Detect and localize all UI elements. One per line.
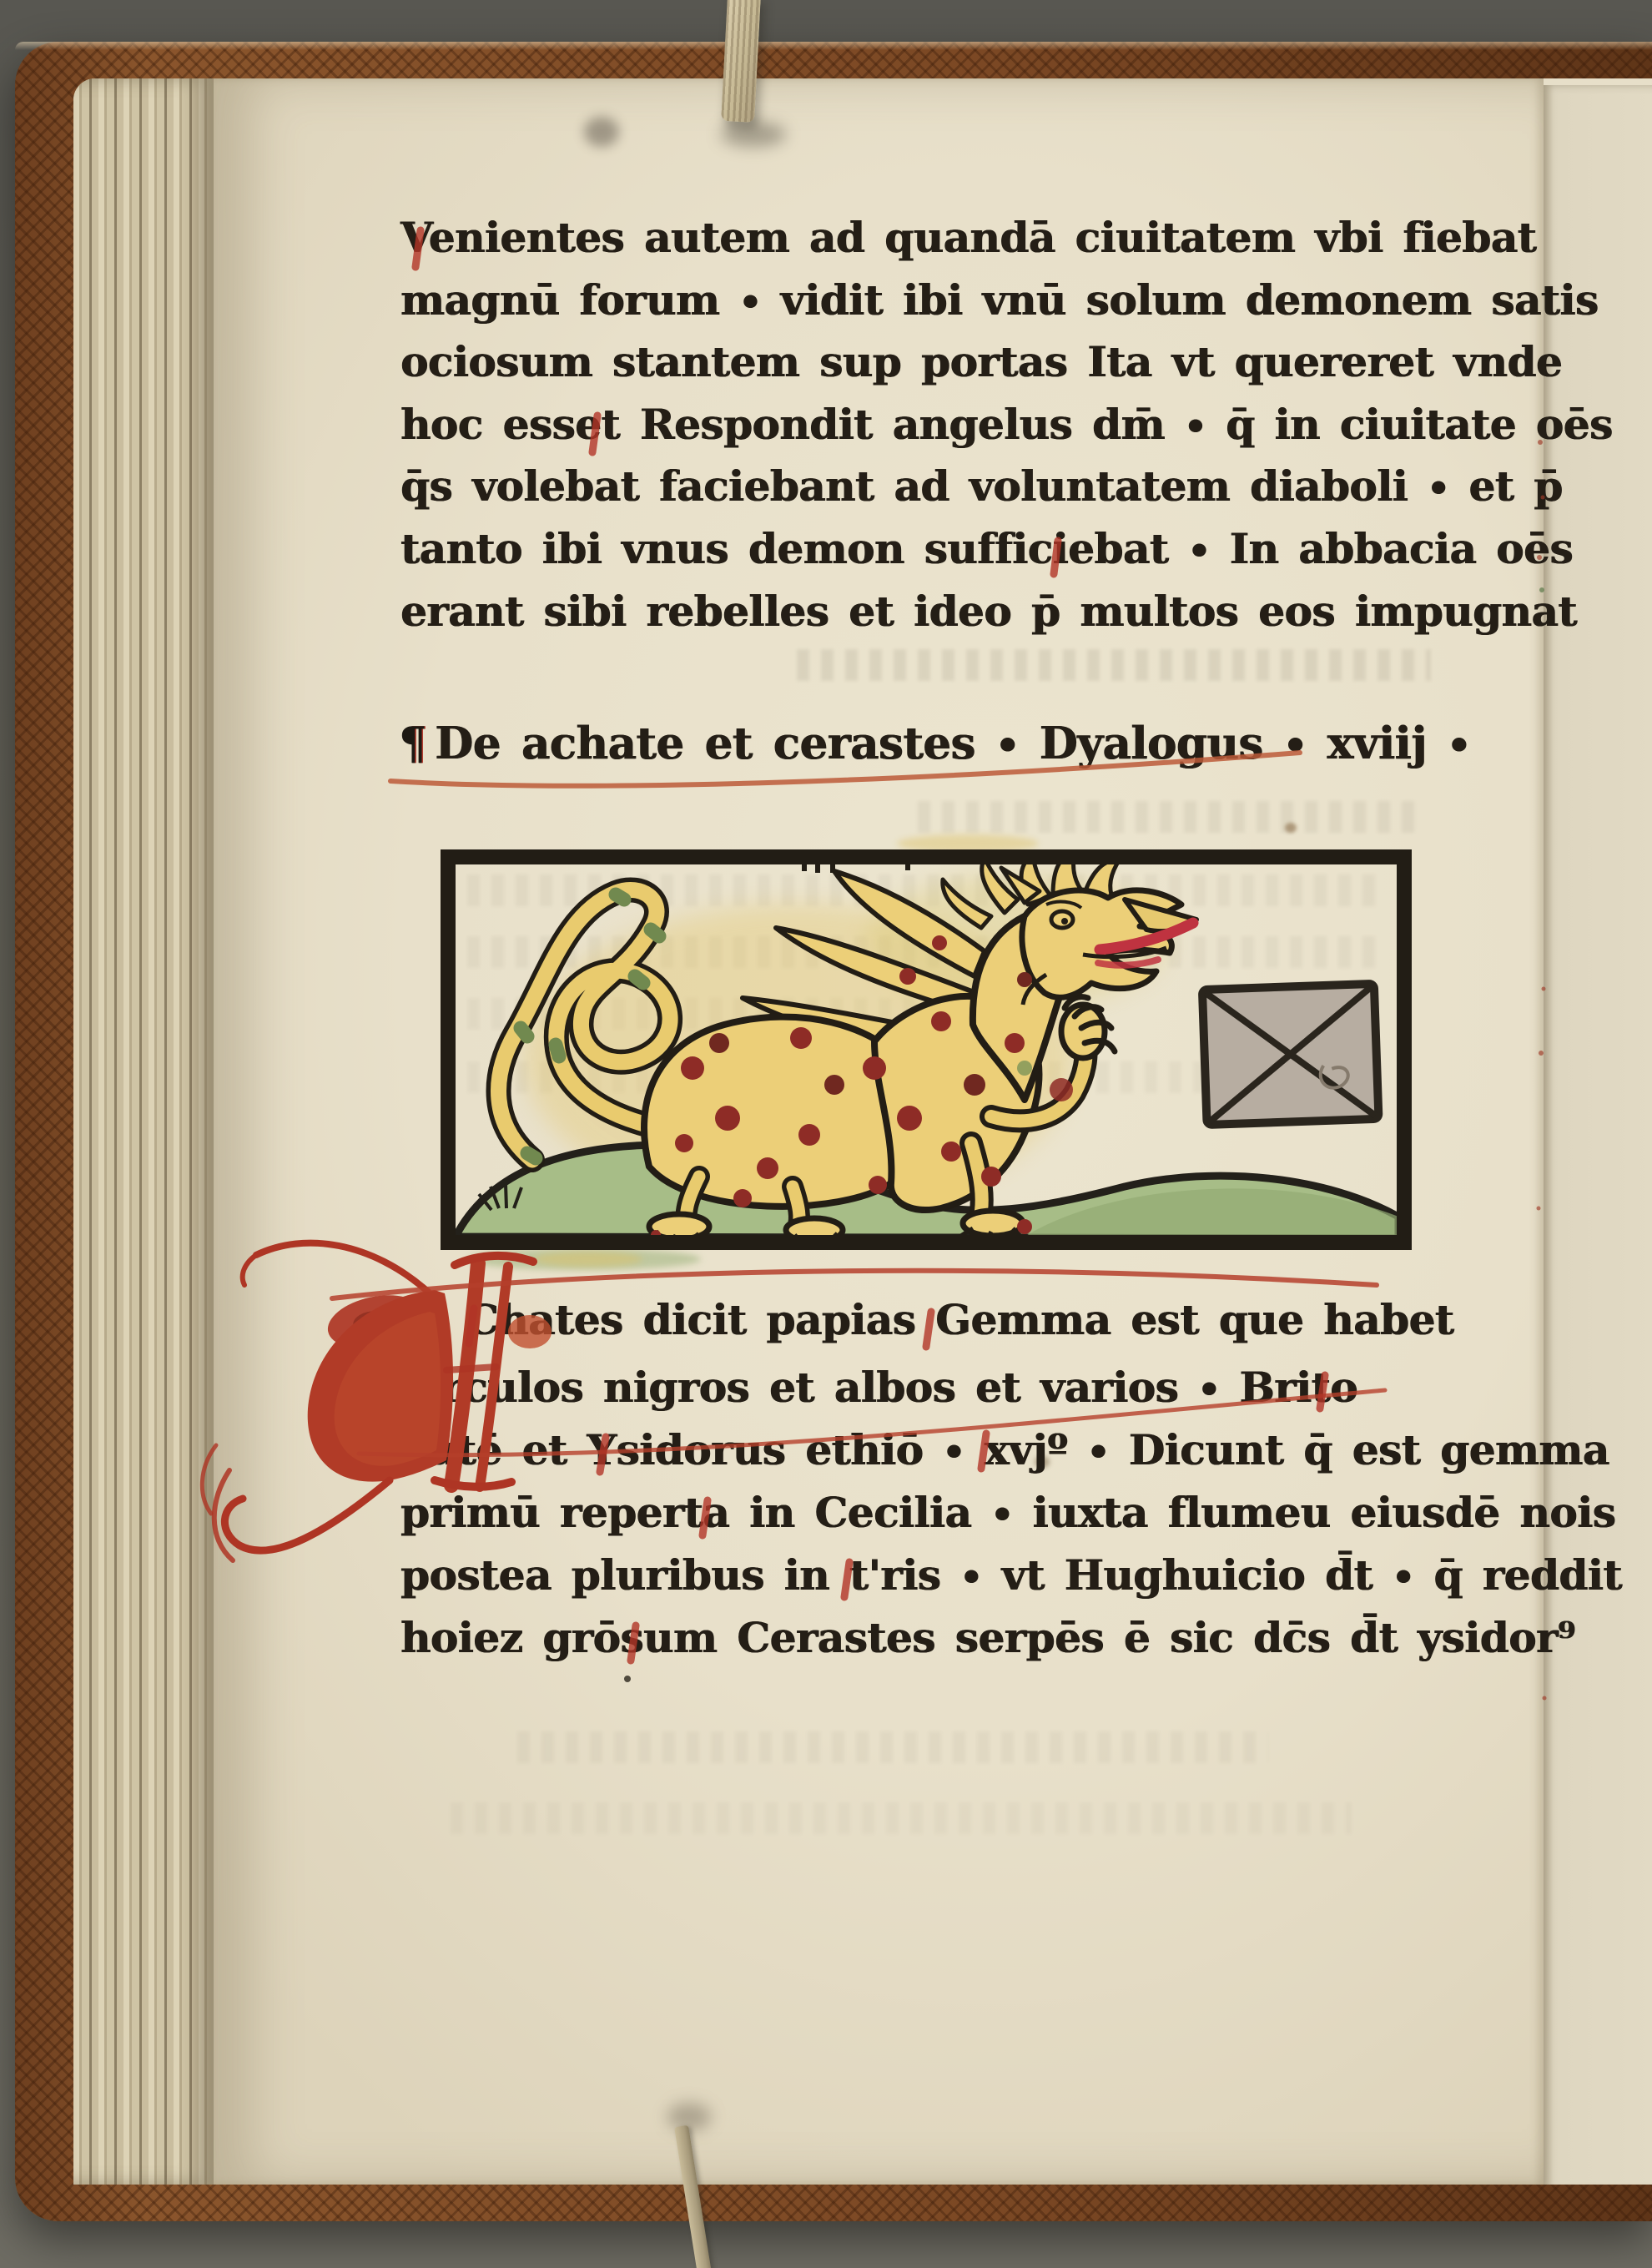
ink-dot <box>624 1676 631 1682</box>
text-line: Venientes autem ad quandā ciuitatem vbi … <box>400 207 1613 270</box>
ink-smudge <box>584 117 619 147</box>
page-stack-edges <box>73 78 214 2185</box>
gem-block <box>1202 984 1379 1125</box>
woodcut-dragon-illustration <box>441 849 1412 1250</box>
illuminated-initial-A <box>196 1220 588 1612</box>
rubric-title: De achate et cerastes ∙ Dyalogus ∙ xviij… <box>435 718 1470 769</box>
ribbon-shadow <box>721 122 786 147</box>
cord-shadow <box>667 2103 711 2131</box>
show-through-text <box>797 649 1431 681</box>
pilcrow-mark: ¶ <box>399 718 435 769</box>
text-line: tanto ibi vnus demon sufficiebat ∙ In ab… <box>400 518 1613 581</box>
photo-of-book: Venientes autem ad quandā ciuitatem vbi … <box>0 0 1652 2268</box>
bookmark-ribbon-top <box>721 0 761 123</box>
green-patch <box>1017 1061 1032 1076</box>
paragraph-first-line: Chates dicit papias Gemma est que habet <box>466 1295 1453 1344</box>
show-through-text <box>517 1731 1268 1763</box>
show-through-text <box>918 801 1418 833</box>
text-line: hoc esset Respondit angelus dm̄ ∙ q̄ in … <box>400 394 1613 456</box>
text-line: magnū forum ∙ vidit ibi vnū solum demone… <box>400 270 1613 332</box>
dragon-head <box>1022 890 1196 1005</box>
leather-highlight <box>15 42 1652 50</box>
fox-spot <box>1285 823 1297 833</box>
text-line: ociosum stantem sup portas Ita vt querer… <box>400 331 1613 394</box>
text-line: erant sibi rebelles et ideo p̄ multos eo… <box>400 581 1613 643</box>
text-block-top: Venientes autem ad quandā ciuitatem vbi … <box>400 207 1613 643</box>
text-line: q̄s volebat faciebant ad voluntatem diab… <box>400 456 1613 518</box>
chapter-rubric: ¶De achate et cerastes ∙ Dyalogus ∙ xvii… <box>399 718 1470 769</box>
text-line: hoiez grōsum Cerastes serpēs ē sic dc̄s … <box>400 1606 1622 1669</box>
show-through-text <box>451 1802 1352 1834</box>
